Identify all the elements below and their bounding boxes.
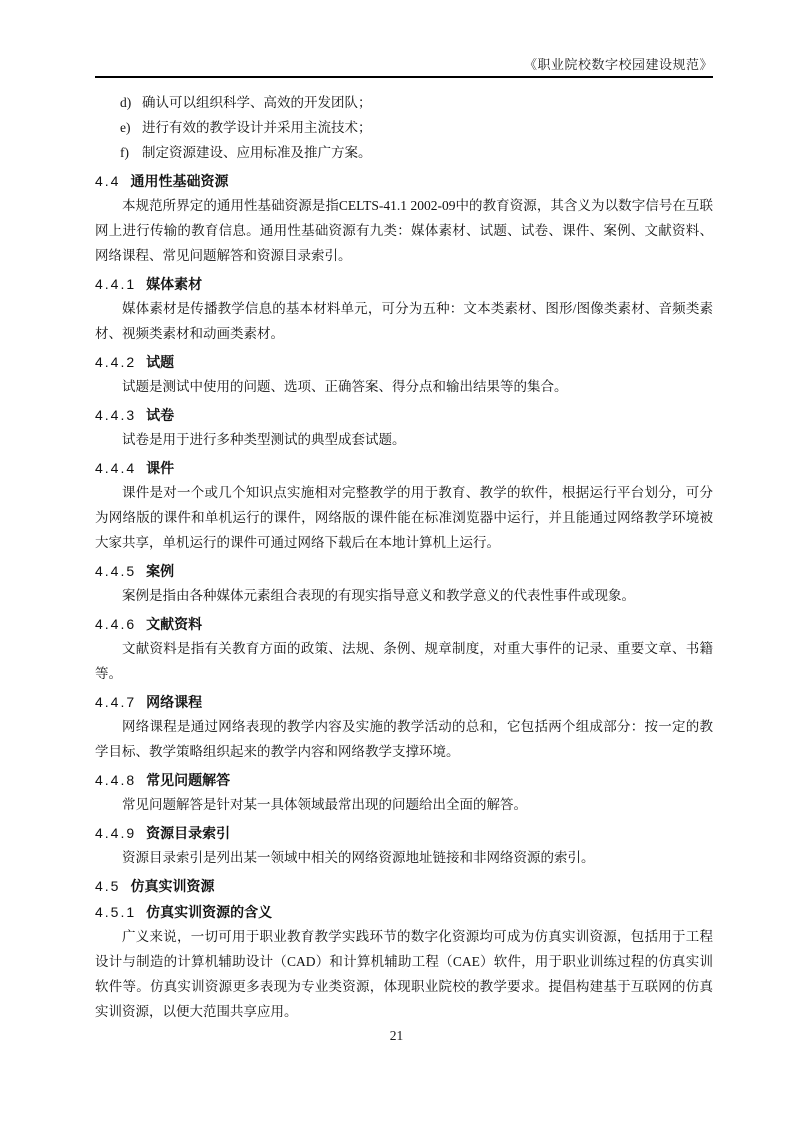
section-4-4-3: 4.4.3试卷 试卷是用于进行多种类型测试的典型成套试题。 bbox=[95, 405, 713, 452]
paragraph: 资源目录索引是列出某一领域中相关的网络资源地址链接和非网络资源的索引。 bbox=[95, 845, 713, 870]
section-title: 资源目录索引 bbox=[146, 825, 230, 841]
list-item-label: e) bbox=[120, 115, 142, 140]
paragraph: 案例是指由各种媒体元素组合表现的有现实指导意义和教学意义的代表性事件或现象。 bbox=[95, 583, 713, 608]
section-4-4-7: 4.4.7网络课程 网络课程是通过网络表现的教学内容及实施的教学活动的总和，它包… bbox=[95, 692, 713, 764]
list-item-text: 制定资源建设、应用标准及推广方案。 bbox=[142, 140, 713, 165]
page-header: 《职业院校数字校园建设规范》 bbox=[95, 54, 713, 78]
section-title: 网络课程 bbox=[146, 694, 202, 710]
section-heading: 4.4.1媒体素材 bbox=[95, 274, 713, 294]
section-number: 4.5.1 bbox=[95, 904, 136, 920]
header-doc-title: 《职业院校数字校园建设规范》 bbox=[524, 57, 713, 72]
document-page: 《职业院校数字校园建设规范》 d) 确认可以组织科学、高效的开发团队； e) 进… bbox=[0, 0, 793, 1122]
section-title: 试题 bbox=[146, 354, 174, 370]
section-title: 通用性基础资源 bbox=[130, 173, 228, 189]
list-item: f) 制定资源建设、应用标准及推广方案。 bbox=[120, 140, 713, 165]
section-title: 文献资料 bbox=[146, 616, 202, 632]
section-heading: 4.4.3试卷 bbox=[95, 405, 713, 425]
section-heading: 4.4.7网络课程 bbox=[95, 692, 713, 712]
section-4-5-1: 4.5.1仿真实训资源的含义 广义来说，一切可用于职业教育教学实践环节的数字化资… bbox=[95, 902, 713, 1024]
section-heading: 4.4通用性基础资源 bbox=[95, 171, 713, 191]
section-4-4-5: 4.4.5案例 案例是指由各种媒体元素组合表现的有现实指导意义和教学意义的代表性… bbox=[95, 561, 713, 608]
paragraph: 试卷是用于进行多种类型测试的典型成套试题。 bbox=[95, 427, 713, 452]
section-number: 4.4.3 bbox=[95, 407, 136, 423]
section-number: 4.4.7 bbox=[95, 694, 136, 710]
section-4-4-6: 4.4.6文献资料 文献资料是指有关教育方面的政策、法规、条例、规章制度，对重大… bbox=[95, 614, 713, 686]
paragraph: 广义来说，一切可用于职业教育教学实践环节的数字化资源均可成为仿真实训资源，包括用… bbox=[95, 924, 713, 1024]
section-number: 4.5 bbox=[95, 878, 120, 894]
paragraph: 试题是测试中使用的问题、选项、正确答案、得分点和输出结果等的集合。 bbox=[95, 374, 713, 399]
section-number: 4.4.6 bbox=[95, 616, 136, 632]
list-item: e) 进行有效的教学设计并采用主流技术； bbox=[120, 115, 713, 140]
paragraph: 课件是对一个或几个知识点实施相对完整教学的用于教育、教学的软件，根据运行平台划分… bbox=[95, 480, 713, 555]
section-heading: 4.4.6文献资料 bbox=[95, 614, 713, 634]
section-4-4-2: 4.4.2试题 试题是测试中使用的问题、选项、正确答案、得分点和输出结果等的集合… bbox=[95, 352, 713, 399]
section-title: 媒体素材 bbox=[146, 276, 202, 292]
list-item-text: 进行有效的教学设计并采用主流技术； bbox=[142, 115, 713, 140]
paragraph: 常见问题解答是针对某一具体领域最常出现的问题给出全面的解答。 bbox=[95, 792, 713, 817]
section-4-4-8: 4.4.8常见问题解答 常见问题解答是针对某一具体领域最常出现的问题给出全面的解… bbox=[95, 770, 713, 817]
lettered-list: d) 确认可以组织科学、高效的开发团队； e) 进行有效的教学设计并采用主流技术… bbox=[95, 90, 713, 165]
section-heading: 4.4.9资源目录索引 bbox=[95, 823, 713, 843]
section-title: 课件 bbox=[146, 460, 174, 476]
list-item: d) 确认可以组织科学、高效的开发团队； bbox=[120, 90, 713, 115]
list-item-label: f) bbox=[120, 140, 142, 165]
section-4-4-9: 4.4.9资源目录索引 资源目录索引是列出某一领域中相关的网络资源地址链接和非网… bbox=[95, 823, 713, 870]
list-item-label: d) bbox=[120, 90, 142, 115]
paragraph: 媒体素材是传播教学信息的基本材料单元，可分为五种：文本类素材、图形/图像类素材、… bbox=[95, 296, 713, 346]
section-number: 4.4.5 bbox=[95, 563, 136, 579]
section-title: 仿真实训资源的含义 bbox=[146, 904, 272, 920]
section-number: 4.4.8 bbox=[95, 772, 136, 788]
list-item-text: 确认可以组织科学、高效的开发团队； bbox=[142, 90, 713, 115]
section-title: 仿真实训资源 bbox=[130, 878, 214, 894]
document-body: d) 确认可以组织科学、高效的开发团队； e) 进行有效的教学设计并采用主流技术… bbox=[95, 90, 713, 1024]
section-heading: 4.4.5案例 bbox=[95, 561, 713, 581]
page-number: 21 bbox=[0, 1028, 793, 1044]
paragraph: 本规范所界定的通用性基础资源是指CELTS-41.1 2002-09中的教育资源… bbox=[95, 193, 713, 268]
section-4-4: 4.4通用性基础资源 本规范所界定的通用性基础资源是指CELTS-41.1 20… bbox=[95, 171, 713, 268]
section-heading: 4.5仿真实训资源 bbox=[95, 876, 713, 896]
section-heading: 4.4.2试题 bbox=[95, 352, 713, 372]
section-title: 试卷 bbox=[146, 407, 174, 423]
section-4-4-4: 4.4.4课件 课件是对一个或几个知识点实施相对完整教学的用于教育、教学的软件，… bbox=[95, 458, 713, 555]
section-number: 4.4.2 bbox=[95, 354, 136, 370]
section-4-4-1: 4.4.1媒体素材 媒体素材是传播教学信息的基本材料单元，可分为五种：文本类素材… bbox=[95, 274, 713, 346]
paragraph: 文献资料是指有关教育方面的政策、法规、条例、规章制度，对重大事件的记录、重要文章… bbox=[95, 636, 713, 686]
paragraph: 网络课程是通过网络表现的教学内容及实施的教学活动的总和，它包括两个组成部分：按一… bbox=[95, 714, 713, 764]
section-4-5: 4.5仿真实训资源 bbox=[95, 876, 713, 896]
section-heading: 4.4.4课件 bbox=[95, 458, 713, 478]
section-heading: 4.5.1仿真实训资源的含义 bbox=[95, 902, 713, 922]
section-number: 4.4.1 bbox=[95, 276, 136, 292]
section-number: 4.4.9 bbox=[95, 825, 136, 841]
section-number: 4.4.4 bbox=[95, 460, 136, 476]
section-title: 案例 bbox=[146, 563, 174, 579]
section-number: 4.4 bbox=[95, 173, 120, 189]
section-title: 常见问题解答 bbox=[146, 772, 230, 788]
section-heading: 4.4.8常见问题解答 bbox=[95, 770, 713, 790]
